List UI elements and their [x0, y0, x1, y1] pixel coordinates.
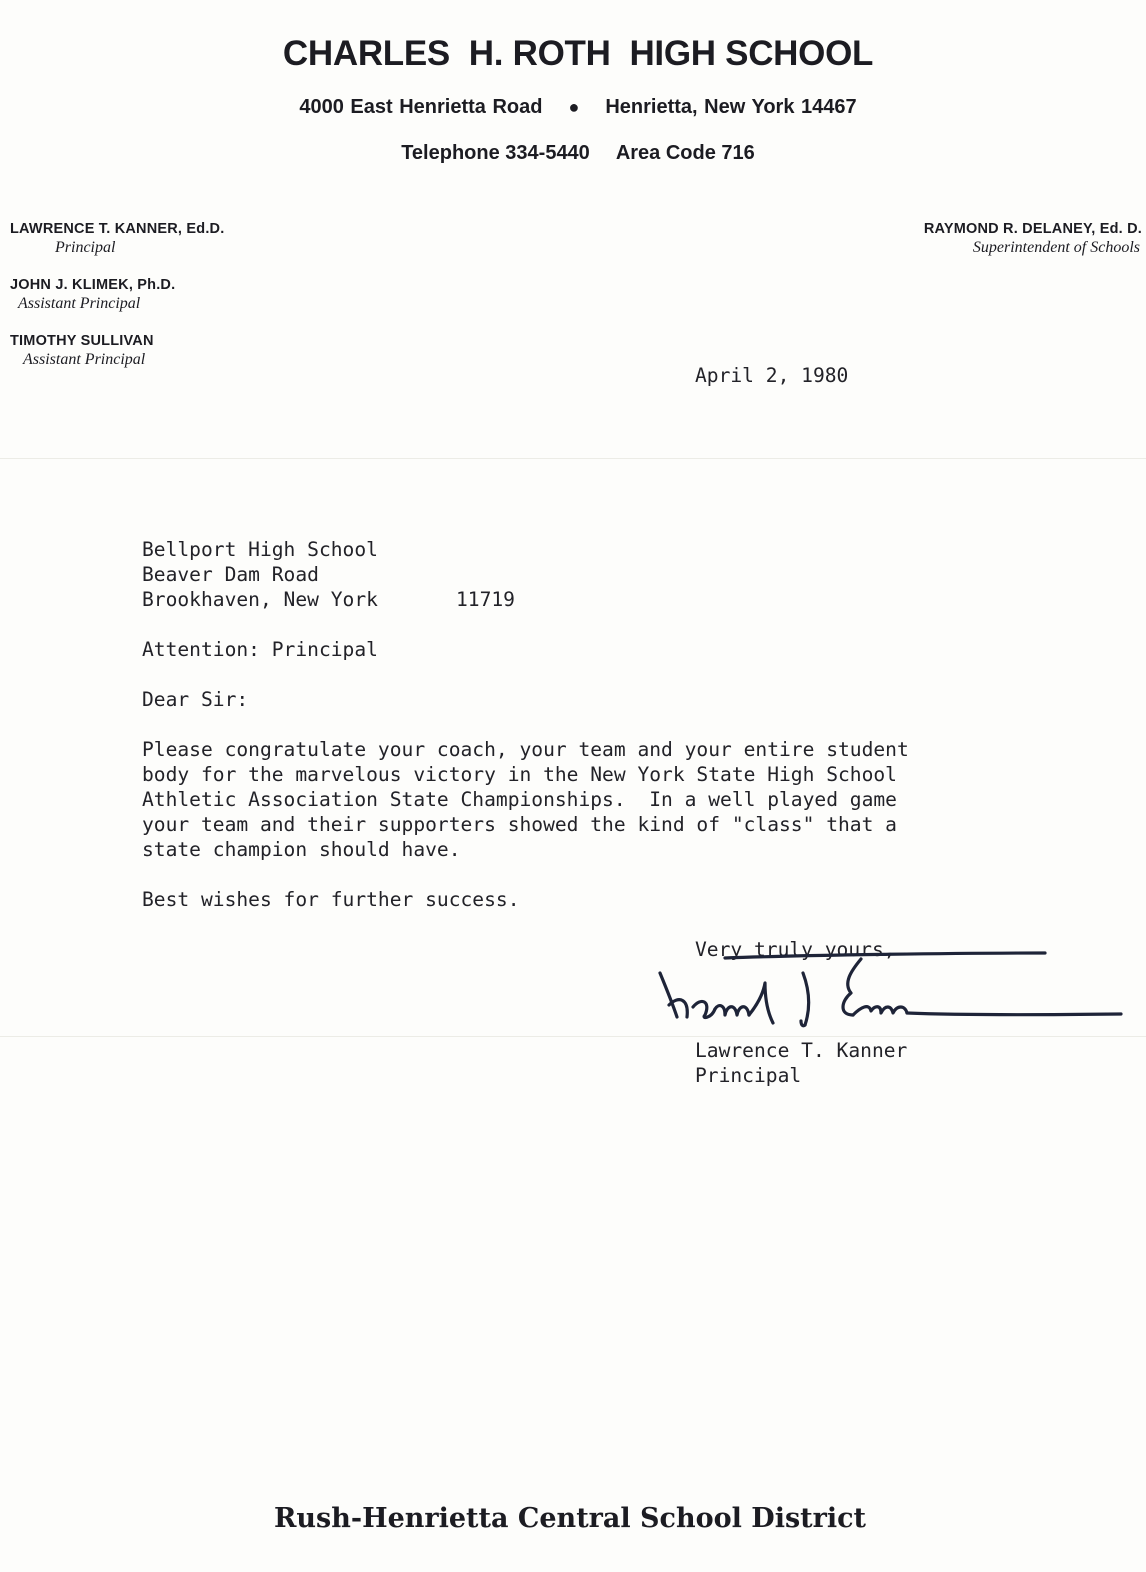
staff-name-principal: LAWRENCE T. KANNER, Ed.D. [10, 221, 224, 237]
staff-name-superintendent: RAYMOND R. DELANEY, Ed. D. [924, 221, 1142, 237]
school-district-footer: Rush-Henrietta Central School District [0, 1503, 1146, 1534]
telephone: Telephone 334-5440 [401, 142, 590, 164]
recipient-line-1: Bellport High School [142, 538, 378, 561]
staff-name-assistant-principal-2: TIMOTHY SULLIVAN [10, 333, 154, 349]
body-line: state champion should have. [142, 838, 461, 861]
staff-name-assistant-principal-1: JOHN J. KLIMEK, Ph.D. [10, 277, 175, 293]
staff-title-assistant-principal-2: Assistant Principal [23, 351, 145, 369]
body-line: body for the marvelous victory in the Ne… [142, 763, 897, 786]
salutation: Dear Sir: [142, 688, 248, 711]
closing-line: Best wishes for further success. [142, 888, 520, 911]
body-line: Athletic Association State Championships… [142, 788, 897, 811]
school-phone: Telephone 334-5440Area Code 716 [0, 142, 1146, 165]
staff-title-superintendent: Superintendent of Schools [973, 239, 1140, 257]
staff-title-principal: Principal [55, 239, 115, 257]
paper-fold-line [0, 458, 1146, 459]
street-address: 4000 East Henrietta Road [299, 96, 542, 118]
body-line: your team and their supporters showed th… [142, 813, 897, 836]
letter-date: April 2, 1980 [695, 364, 848, 387]
school-name: CHARLES H. ROTH HIGH SCHOOL [0, 34, 1146, 74]
city-state-zip: Henrietta, New York 14467 [605, 96, 856, 118]
recipient-line-2: Beaver Dam Road [142, 563, 319, 586]
recipient-city: Brookhaven, New York [142, 588, 378, 611]
handwritten-signature-icon [655, 945, 1125, 1035]
attention-line: Attention: Principal [142, 638, 378, 661]
staff-title-assistant-principal-1: Assistant Principal [18, 295, 140, 313]
bullet-separator-icon: ● [568, 97, 579, 118]
area-code: Area Code 716 [616, 142, 755, 164]
recipient-zip: 11719 [456, 588, 515, 611]
paper-fold-line [0, 1036, 1146, 1037]
school-address: 4000 East Henrietta Road●Henrietta, New … [0, 96, 1146, 119]
body-line: Please congratulate your coach, your tea… [142, 738, 909, 761]
signer-title: Principal [695, 1064, 801, 1087]
signer-name: Lawrence T. Kanner [695, 1039, 907, 1062]
